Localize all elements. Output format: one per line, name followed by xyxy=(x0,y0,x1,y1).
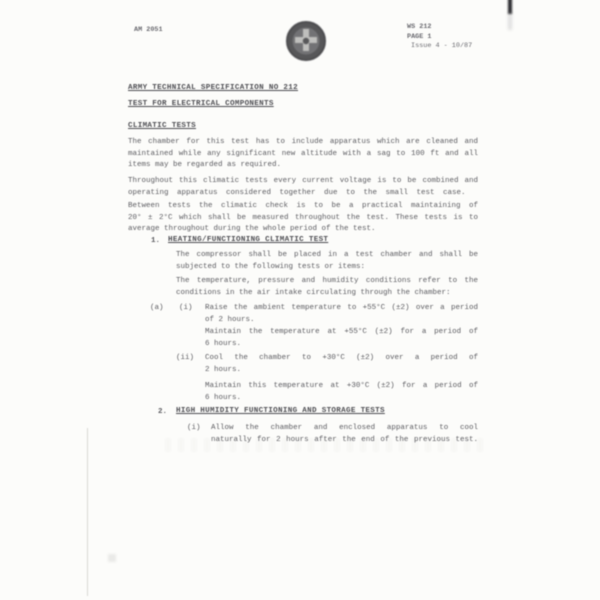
list-line: of 2 hours. xyxy=(205,315,478,327)
list-item-i-continuation: Maintain the temperature at +55°C (±2) f… xyxy=(205,327,478,350)
doc-subheading: CLIMATIC TESTS xyxy=(128,122,196,130)
paragraph-line: 20° ± 2°C which shall be measured throug… xyxy=(128,213,478,225)
list-line: 2 hours. xyxy=(205,365,478,377)
paragraph-line: conditions in the air intake circulating… xyxy=(176,288,478,300)
list-marker-a: (a) xyxy=(150,303,164,315)
section-1-paragraph-1: The compressor shall be placed in a test… xyxy=(176,250,478,273)
paragraph-line: Between tests the climatic check is to b… xyxy=(128,201,478,213)
list-line: 6 hours. xyxy=(205,339,478,351)
doc-title-line1: ARMY TECHNICAL SPECIFICATION NO 212 xyxy=(128,84,298,92)
section-2-item-i: Allow the chamber and enclosed apparatus… xyxy=(211,423,478,446)
list-line: Maintain this temperature at +30°C (±2) … xyxy=(205,381,478,393)
document-text-layer: AM 2051 WS 212 PAGE 1 Issue 4 - 10/87 AR… xyxy=(0,0,600,600)
section-2-number: 2. xyxy=(158,407,167,419)
corner-reference-code: AM 2051 xyxy=(134,26,163,36)
paragraph-line: Throughout this climatic tests every cur… xyxy=(128,176,478,188)
intro-paragraph-3: Between tests the climatic check is to b… xyxy=(128,201,478,236)
list-line: naturally for 2 hours after the end of t… xyxy=(211,435,478,447)
paragraph-line: items may be regarded as required. xyxy=(128,160,478,172)
paragraph-line: maintained while any significant new alt… xyxy=(128,149,478,161)
intro-paragraph-2: Throughout this climatic tests every cur… xyxy=(128,176,478,199)
doc-page-number: PAGE 1 xyxy=(407,33,472,43)
list-marker-ii: (ii) xyxy=(176,353,194,365)
paragraph-line: The temperature, pressure and humidity c… xyxy=(176,276,478,288)
list-item-ii-continuation: Maintain this temperature at +30°C (±2) … xyxy=(205,381,478,404)
paragraph-line: The compressor shall be placed in a test… xyxy=(176,250,478,262)
doc-number: WS 212 xyxy=(407,23,472,33)
intro-paragraph-1: The chamber for this test has to include… xyxy=(128,137,478,172)
paragraph-line: The chamber for this test has to include… xyxy=(128,137,478,149)
section-1-paragraph-2: The temperature, pressure and humidity c… xyxy=(176,276,478,299)
doc-title-line2: TEST FOR ELECTRICAL COMPONENTS xyxy=(128,100,274,108)
list-line: Cool the chamber to +30°C (±2) over a pe… xyxy=(205,353,478,365)
list-marker-s2-i: (i) xyxy=(187,423,201,435)
list-marker-i: (i) xyxy=(179,303,193,315)
list-line: Allow the chamber and enclosed apparatus… xyxy=(211,423,478,435)
scanned-document-page: AM 2051 WS 212 PAGE 1 Issue 4 - 10/87 AR… xyxy=(0,0,600,600)
doc-issue: Issue 4 - 10/87 xyxy=(407,42,472,52)
list-line: Raise the ambient temperature to +55°C (… xyxy=(205,303,478,315)
section-1-number: 1. xyxy=(151,236,160,248)
list-line: Maintain the temperature at +55°C (±2) f… xyxy=(205,327,478,339)
paragraph-line: operating apparatus considered together … xyxy=(128,188,478,200)
list-item-ii: Cool the chamber to +30°C (±2) over a pe… xyxy=(205,353,478,376)
doc-reference-block: WS 212 PAGE 1 Issue 4 - 10/87 xyxy=(407,23,472,52)
section-2-heading: HIGH HUMIDITY FUNCTIONING AND STORAGE TE… xyxy=(176,407,385,415)
list-item-a-i: Raise the ambient temperature to +55°C (… xyxy=(205,303,478,326)
paragraph-line: subjected to the following tests or item… xyxy=(176,262,478,274)
section-1-heading: HEATING/FUNCTIONING CLIMATIC TEST xyxy=(168,236,328,244)
list-line: 6 hours. xyxy=(205,393,478,405)
paragraph-line: average throughout during the whole peri… xyxy=(128,224,478,236)
